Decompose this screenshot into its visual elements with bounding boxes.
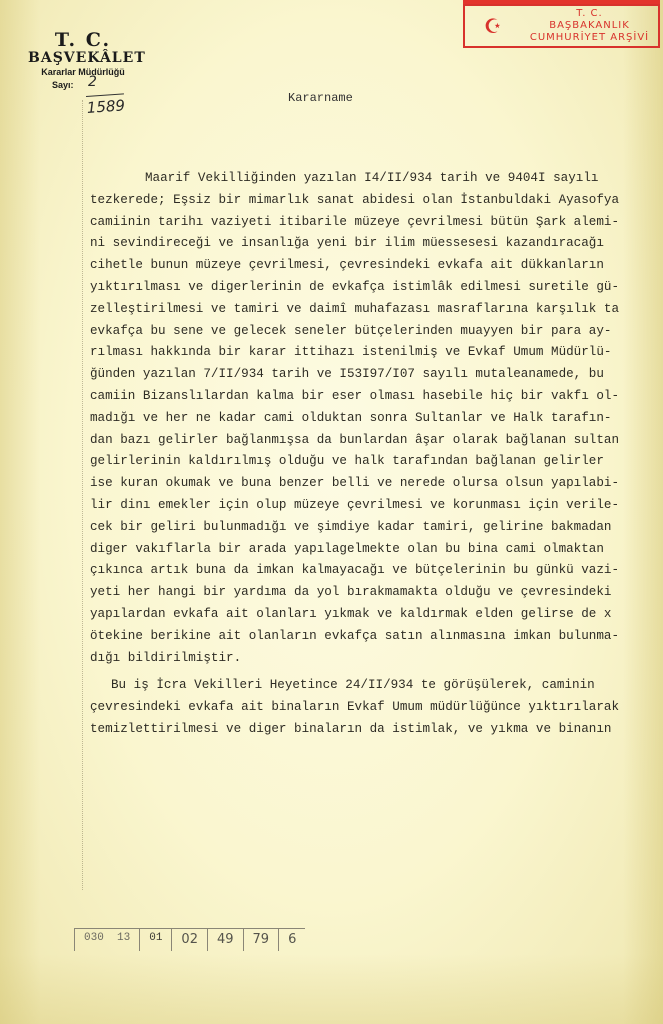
stamp-text: T. C. BAŞBAKANLIK CUMHURİYET ARŞİVİ [521, 8, 658, 44]
document-line: çıkınca artık buna da imkan kalmayacağı … [90, 560, 662, 582]
letterhead-document-number: 1589 [86, 93, 126, 117]
paper-stain-left [0, 0, 40, 1024]
document-line: ğünden yazılan 7/II/934 tarih ve I53I97/… [90, 364, 662, 386]
document-line: rılması hakkında bir karar ittihazı iste… [90, 342, 662, 364]
letterhead-sayi-value: 2 [88, 74, 97, 90]
document-line: Maarif Vekilliğinden yazılan I4/II/934 t… [90, 168, 662, 190]
paragraph-1: Maarif Vekilliğinden yazılan I4/II/934 t… [90, 168, 662, 669]
archive-reference-cell: 02 [171, 929, 207, 951]
document-line: diger vakıflarla bir arada yapılagelmekt… [90, 539, 662, 561]
document-line: temizlettirilmesi ve diger binaların da … [90, 719, 662, 741]
document-line: Bu iş İcra Vekilleri Heyetince 24/II/934… [90, 675, 662, 697]
archive-reference-cell: 01 [139, 929, 171, 951]
document-line: evkafça bu sene ve gelecek seneler bütçe… [90, 321, 662, 343]
crescent-star-icon: ☪ [465, 16, 521, 36]
document-line: camiinin tarihı vaziyeti itibarile müzey… [90, 212, 662, 234]
document-line: lir dinı emekler için olup müzeye çevril… [90, 495, 662, 517]
archive-reference-cell: 79 [243, 929, 279, 951]
letterhead: T. C. BAŞVEKÂLET Kararlar Müdürlüğü [28, 30, 138, 78]
stamp-line-1: T. C. [521, 8, 658, 20]
archive-reference-cell: 030 13 [74, 929, 139, 951]
document-line: dığı bildirilmiştir. [90, 648, 662, 670]
margin-fold-line [82, 100, 83, 890]
archive-stamp: ☪ T. C. BAŞBAKANLIK CUMHURİYET ARŞİVİ [463, 4, 660, 48]
document-line: ni sevindireceği ve insanlığa yeni bir i… [90, 233, 662, 255]
stamp-line-3: CUMHURİYET ARŞİVİ [521, 32, 658, 44]
letterhead-tc: T. C. [28, 30, 138, 50]
document-line: çevresindeki evkafa ait binaların Evkaf … [90, 697, 662, 719]
document-line: cihetle bunun müzeye çevrilmesi, çevresi… [90, 255, 662, 277]
document-line: dan bazı gelirler bağlanmışsa da bunlard… [90, 430, 662, 452]
letterhead-department: Kararlar Müdürlüğü [28, 66, 138, 78]
document-title: Kararname [288, 91, 353, 105]
letterhead-organization: BAŞVEKÂLET [28, 50, 138, 66]
paper-stain-bottom [0, 954, 663, 1024]
document-line: gelirlerinin kaldırılmış olduğu ve halk … [90, 451, 662, 473]
document-line: yıktırılması ve digerlerinin de evkafça … [90, 277, 662, 299]
document-line: tezkerede; Eşsiz bir mimarlık sanat abid… [90, 190, 662, 212]
archive-reference-cell: 6 [278, 929, 305, 951]
document-line: ötekine berikine ait olanların evkafça s… [90, 626, 662, 648]
document-line: madığı ve her ne kadar cami olduktan son… [90, 408, 662, 430]
document-line: ise kuran okumak ve buna benzer belli ve… [90, 473, 662, 495]
archive-reference-box: 030 13010249796 [74, 928, 305, 951]
archive-reference-cell: 49 [207, 929, 243, 951]
stamp-line-2: BAŞBAKANLIK [521, 20, 658, 32]
document-line: zelleştirilmesi ve tamiri ve daimî muhaf… [90, 299, 662, 321]
document-line: yeti her hangi bir yardıma da yol bırakm… [90, 582, 662, 604]
document-line: camiin Bizanslılardan kalma bir eser olm… [90, 386, 662, 408]
paragraph-2: Bu iş İcra Vekilleri Heyetince 24/II/934… [90, 675, 662, 740]
letterhead-sayi-label: Sayı: [52, 80, 74, 90]
document-line: yapılardan evkafa ait olanları yıkmak ve… [90, 604, 662, 626]
document-body: Maarif Vekilliğinden yazılan I4/II/934 t… [90, 168, 662, 741]
document-line: cek bir geliri bulunmadığı ve şimdiye ka… [90, 517, 662, 539]
